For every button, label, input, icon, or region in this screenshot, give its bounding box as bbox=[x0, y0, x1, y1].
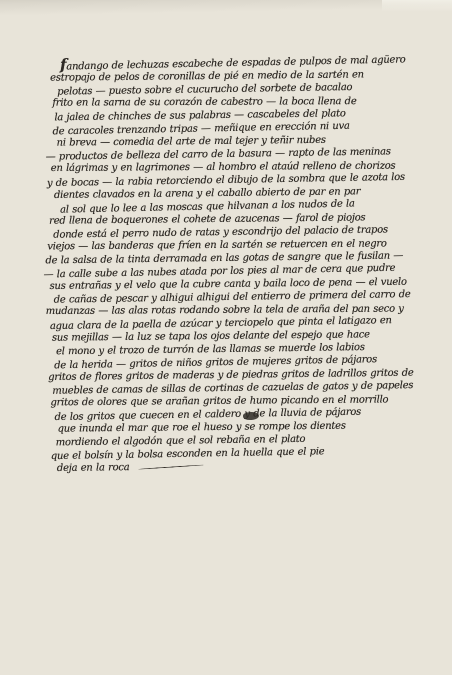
end-flourish-stroke bbox=[137, 464, 203, 469]
paper-top-edge bbox=[0, 0, 452, 16]
manuscript-text: fandango de lechuzas escabeche de espada… bbox=[50, 53, 443, 474]
manuscript-page: fandango de lechuzas escabeche de espada… bbox=[0, 0, 452, 675]
paper-top-right-corner bbox=[382, 0, 452, 12]
